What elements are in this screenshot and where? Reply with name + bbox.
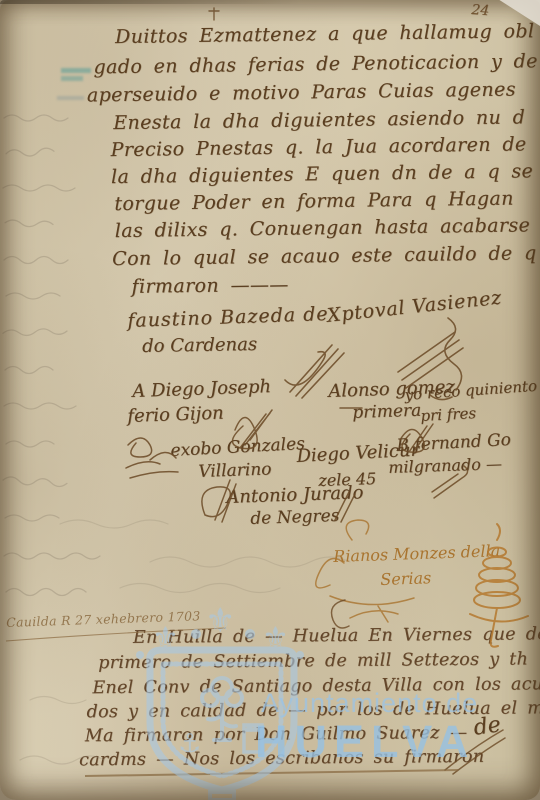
signature-faustino: do Cardenas	[142, 334, 257, 357]
faded-blue-archive-stamp	[61, 68, 91, 73]
signature-alonso-gomez: primera	[352, 401, 422, 423]
page-top-edge-shadow	[0, 0, 300, 4]
watermark-wordmark: HUELVA	[255, 716, 475, 768]
manuscript-page: 24 Duittos Ezmattenez a que hallamug obl…	[0, 0, 540, 800]
signature-antonio-jurado: de Negres	[250, 506, 340, 529]
faded-blue-archive-stamp	[57, 96, 84, 100]
signature-gonzales-villarino: Villarino	[198, 459, 272, 482]
faded-blue-archive-stamp	[61, 76, 83, 81]
watermark-wordmark: Ayuntamiento de	[261, 688, 478, 719]
signature-fernand: milgranado —	[388, 454, 502, 477]
receipt-note: pri fres	[420, 404, 477, 425]
signature-escribano: Serias	[380, 568, 432, 589]
closing-line: primero de Settiembre de mill Settezos y…	[98, 649, 528, 673]
signature-diego-joseph: ferio Gijon	[127, 403, 224, 427]
closing-line: En Huilla de — Huelua En Viernes que de …	[133, 624, 540, 648]
page-number: 24	[471, 2, 490, 19]
